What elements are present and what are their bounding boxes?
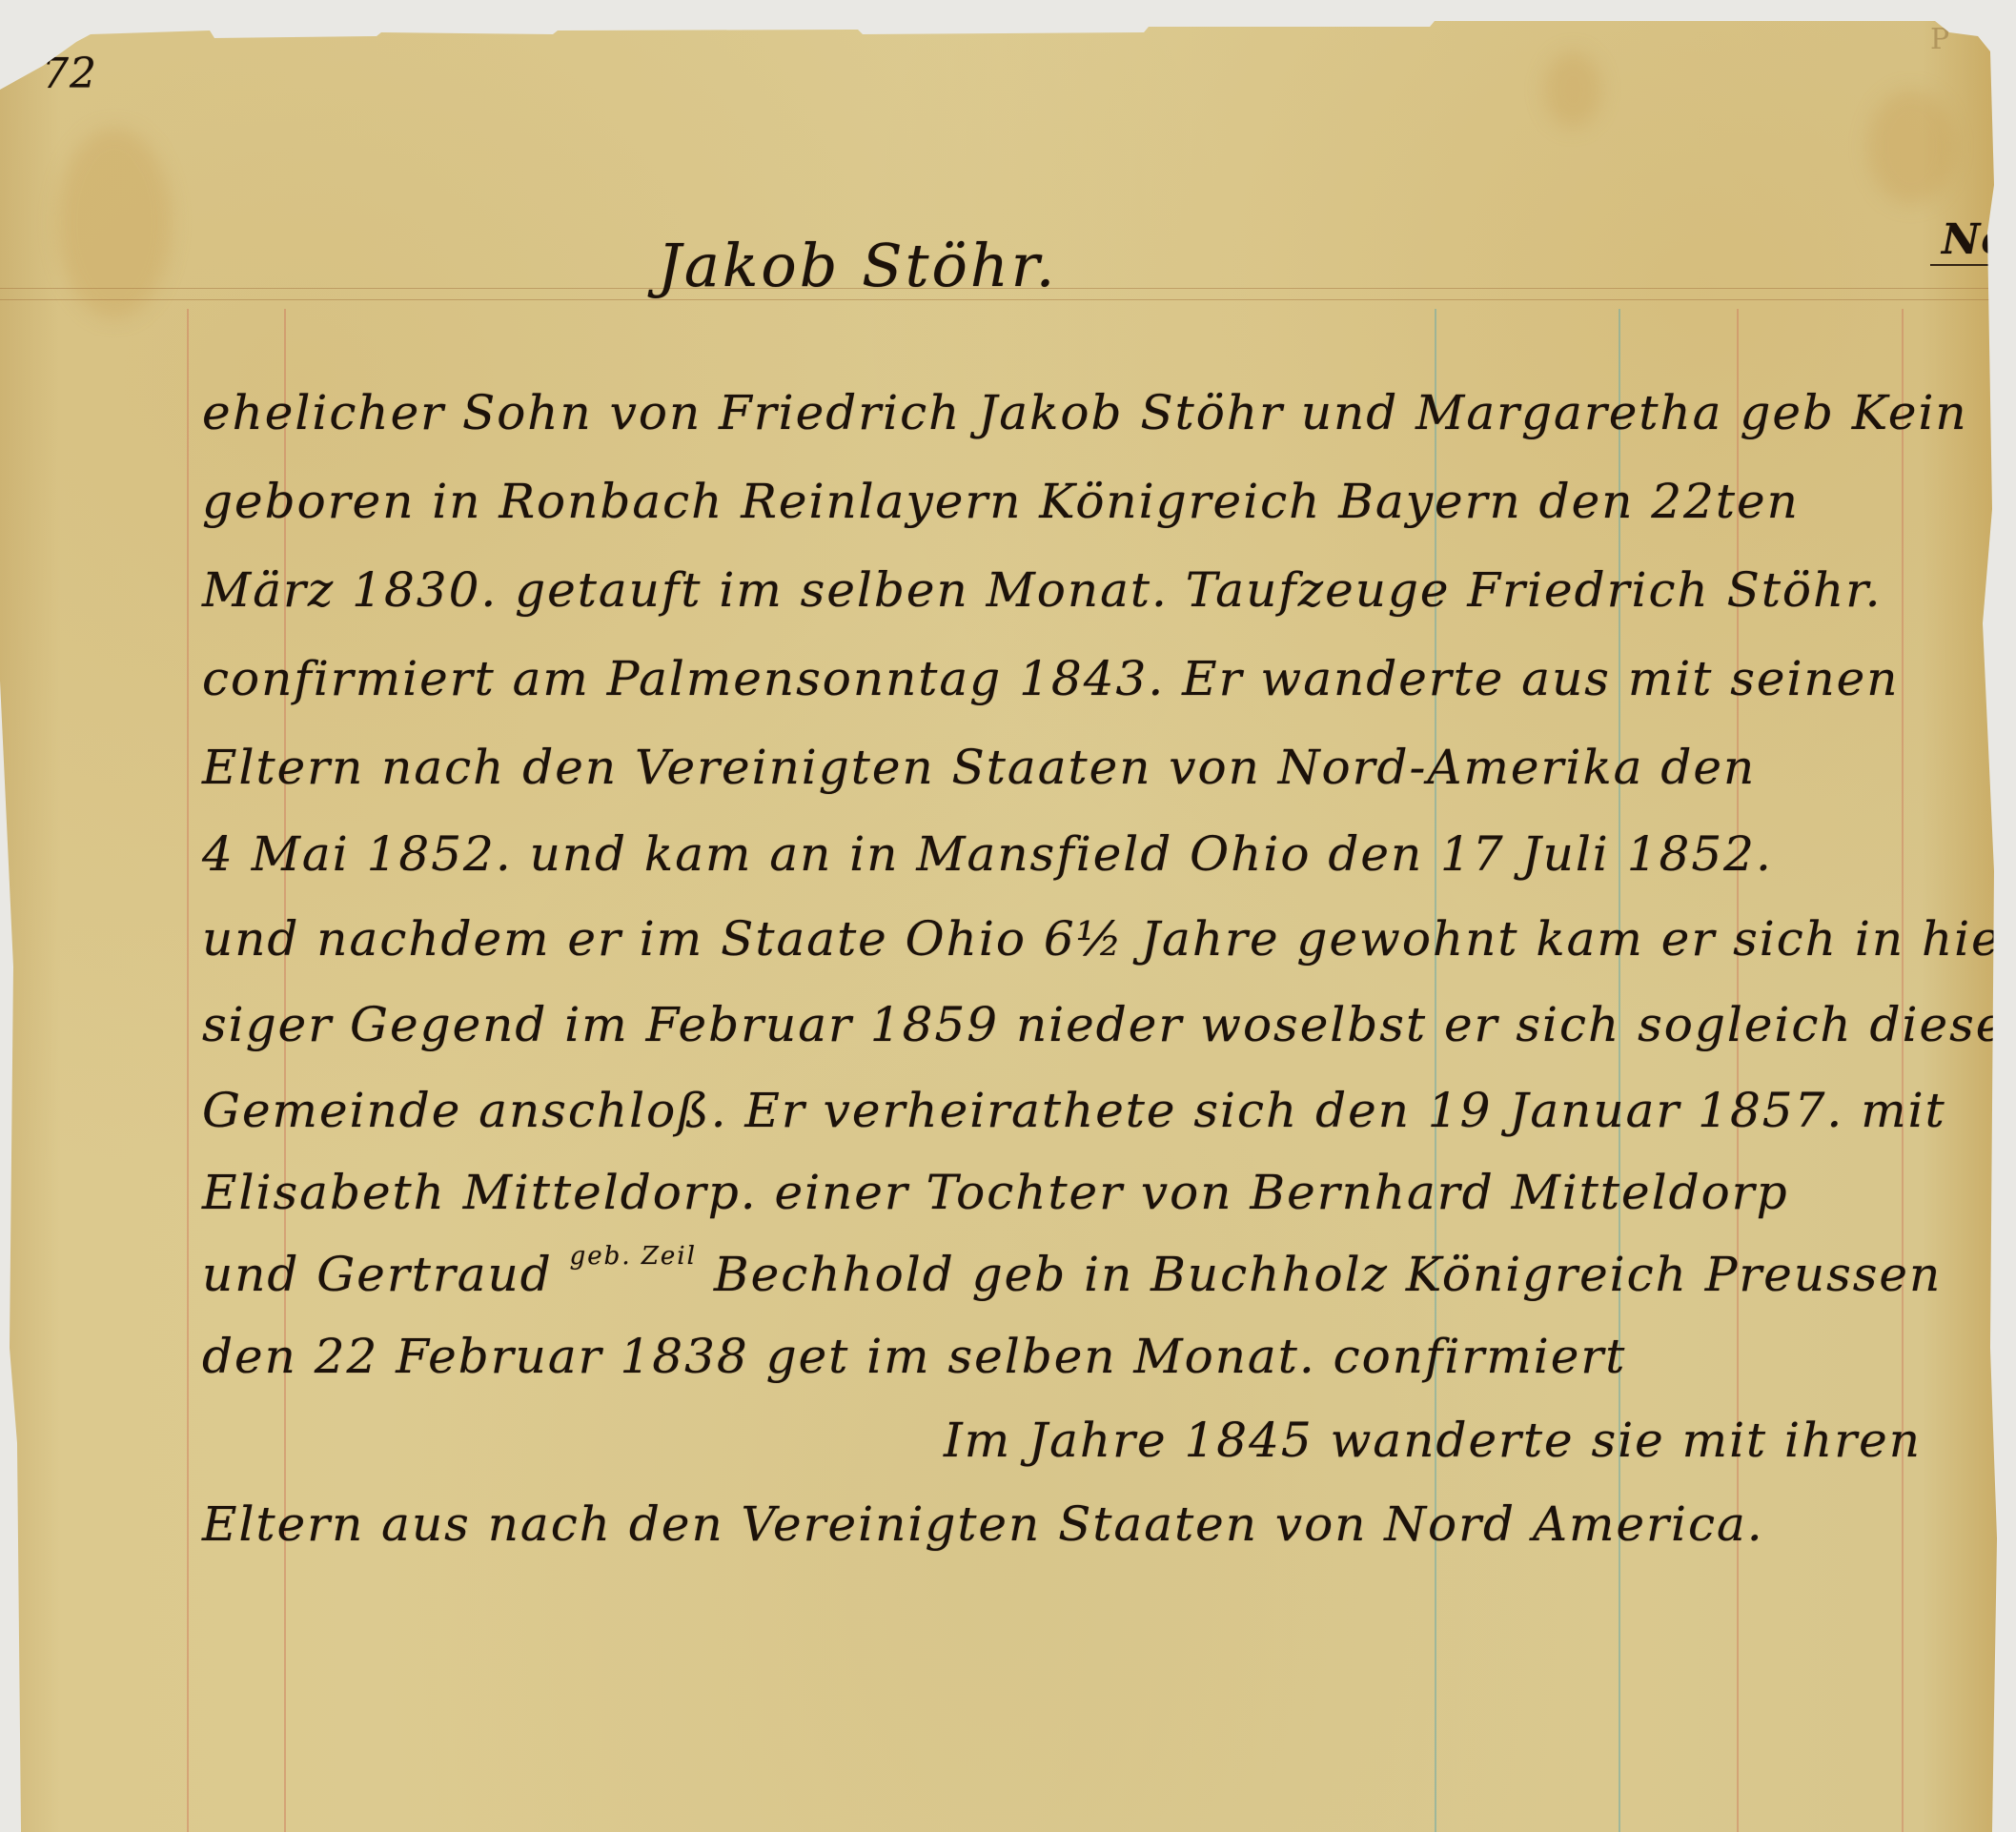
- water-stain: [57, 128, 172, 318]
- margin-rule: [187, 309, 189, 1832]
- text-line: Eltern aus nach den Vereinigten Staaten …: [202, 1496, 1764, 1552]
- margin-rule: [284, 309, 286, 1832]
- text-line: Im Jahre 1845 wanderte sie mit ihren: [944, 1413, 1922, 1468]
- text-segment: Bechhold geb in Buchholz Königreich Preu…: [714, 1247, 1942, 1302]
- entry-title: Jakob Stöhr.: [658, 231, 1057, 300]
- text-line: 4 Mai 1852. und kam an in Mansfield Ohio…: [202, 826, 1773, 882]
- text-segment: und Gertraud: [202, 1247, 553, 1302]
- text-line: Eltern nach den Vereinigten Staaten von …: [202, 740, 1756, 795]
- column-rule: [1737, 309, 1739, 1832]
- column-rule: [1435, 309, 1436, 1832]
- text-line: Gemeinde anschloß. Er verheirathete sich…: [202, 1083, 1946, 1138]
- text-line: den 22 Februar 1838 get im selben Monat.…: [202, 1329, 1626, 1384]
- text-line: confirmiert am Palmensonntag 1843. Er wa…: [202, 651, 1899, 706]
- entry-number: No. 1: [1930, 215, 2016, 266]
- text-line: und Gertraud geb. Zeil Bechhold geb in B…: [202, 1247, 1942, 1302]
- water-stain: [1868, 90, 1954, 204]
- ledger-page: 72 P No. 1 Jakob Stöhr. ehelicher Sohn v…: [0, 13, 2002, 1832]
- corner-mark: P: [1930, 23, 1950, 56]
- text-line: geboren in Ronbach Reinlayern Königreich…: [202, 474, 1800, 529]
- text-line: März 1830. getauft im selben Monat. Tauf…: [202, 562, 1883, 618]
- text-line: ehelicher Sohn von Friedrich Jakob Stöhr…: [202, 385, 1968, 440]
- column-rule: [1619, 309, 1620, 1832]
- water-stain: [1544, 51, 1601, 128]
- column-rule: [1902, 309, 1904, 1832]
- text-line: und nachdem er im Staate Ohio 6½ Jahre g…: [202, 911, 2016, 967]
- page-number: 72: [42, 50, 97, 98]
- text-line: siger Gegend im Februar 1859 nieder wose…: [202, 997, 2016, 1052]
- text-line: Elisabeth Mitteldorp. einer Tochter von …: [202, 1165, 1789, 1220]
- superscript-annotation: geb. Zeil: [570, 1242, 697, 1271]
